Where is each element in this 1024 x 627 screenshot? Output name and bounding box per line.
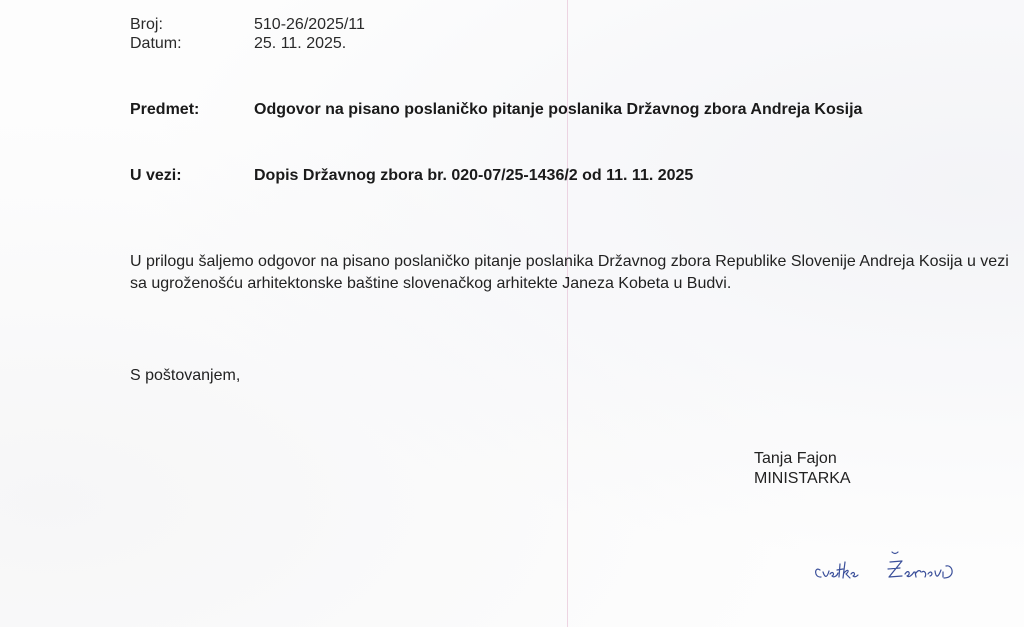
reference-value: Dopis Državnog zbora br. 020-07/25-1436/…	[254, 166, 934, 186]
signatory-name: Tanja Fajon	[754, 449, 851, 469]
body-paragraph: U prilogu šaljemo odgovor na pisano posl…	[130, 251, 1010, 295]
date-label: Datum:	[130, 34, 182, 53]
closing-salutation: S poštovanjem,	[130, 367, 240, 385]
signatory-title: MINISTARKA	[754, 469, 851, 489]
date-value: 25. 11. 2025.	[254, 34, 346, 53]
signature-block: Tanja Fajon MINISTARKA	[754, 449, 851, 489]
reference-label: U vezi:	[130, 166, 182, 186]
letter-page: Broj: 510-26/2025/11 Datum: 25. 11. 2025…	[0, 0, 1024, 627]
handwritten-signature-icon	[810, 548, 970, 588]
subject-label: Predmet:	[130, 100, 199, 120]
subject-value: Odgovor na pisano poslaničko pitanje pos…	[254, 100, 934, 120]
scan-fold-line	[567, 0, 568, 627]
reference-number-label: Broj:	[130, 15, 163, 34]
reference-number-value: 510-26/2025/11	[254, 15, 365, 34]
